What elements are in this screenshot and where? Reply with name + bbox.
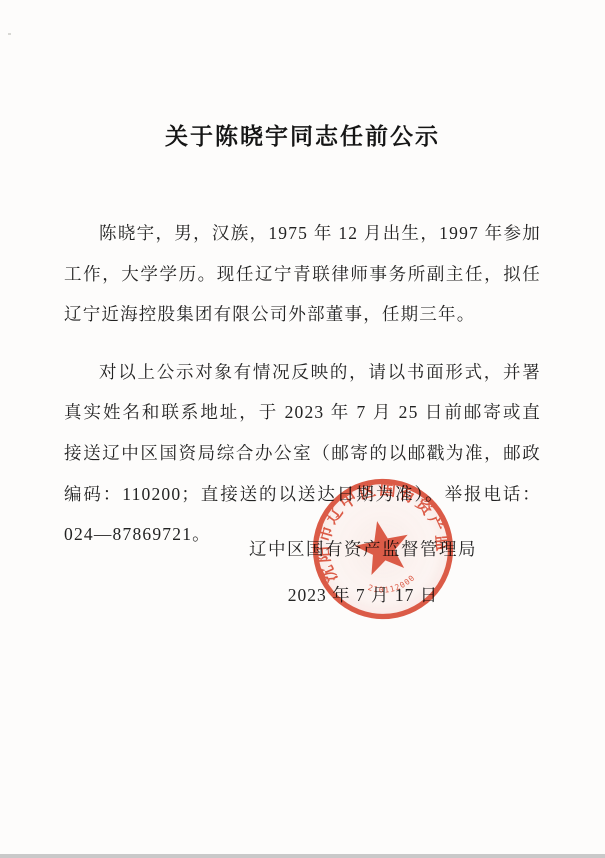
scan-speck [8, 33, 11, 35]
paragraph-feedback-instructions: 对以上公示对象有情况反映的，请以书面形式，并署真实姓名和联系地址，于 2023 … [64, 352, 541, 555]
document-title: 关于陈晓宇同志任前公示 [0, 0, 605, 151]
document-page: 关于陈晓宇同志任前公示 陈晓宇，男，汉族，1975 年 12 月出生，1997 … [0, 0, 605, 858]
scan-edge-shadow [0, 854, 605, 858]
issuing-authority: 辽中区国有资产监督管理局 [249, 536, 477, 561]
issue-date: 2023 年 7 月 17 日 [249, 582, 477, 607]
paragraph-bio: 陈晓宇，男，汉族，1975 年 12 月出生，1997 年参加工作，大学学历。现… [64, 213, 541, 335]
signature-block: 辽中区国有资产监督管理局 2023 年 7 月 17 日 [249, 536, 477, 607]
document-body: 陈晓宇，男，汉族，1975 年 12 月出生，1997 年参加工作，大学学历。现… [0, 213, 605, 555]
